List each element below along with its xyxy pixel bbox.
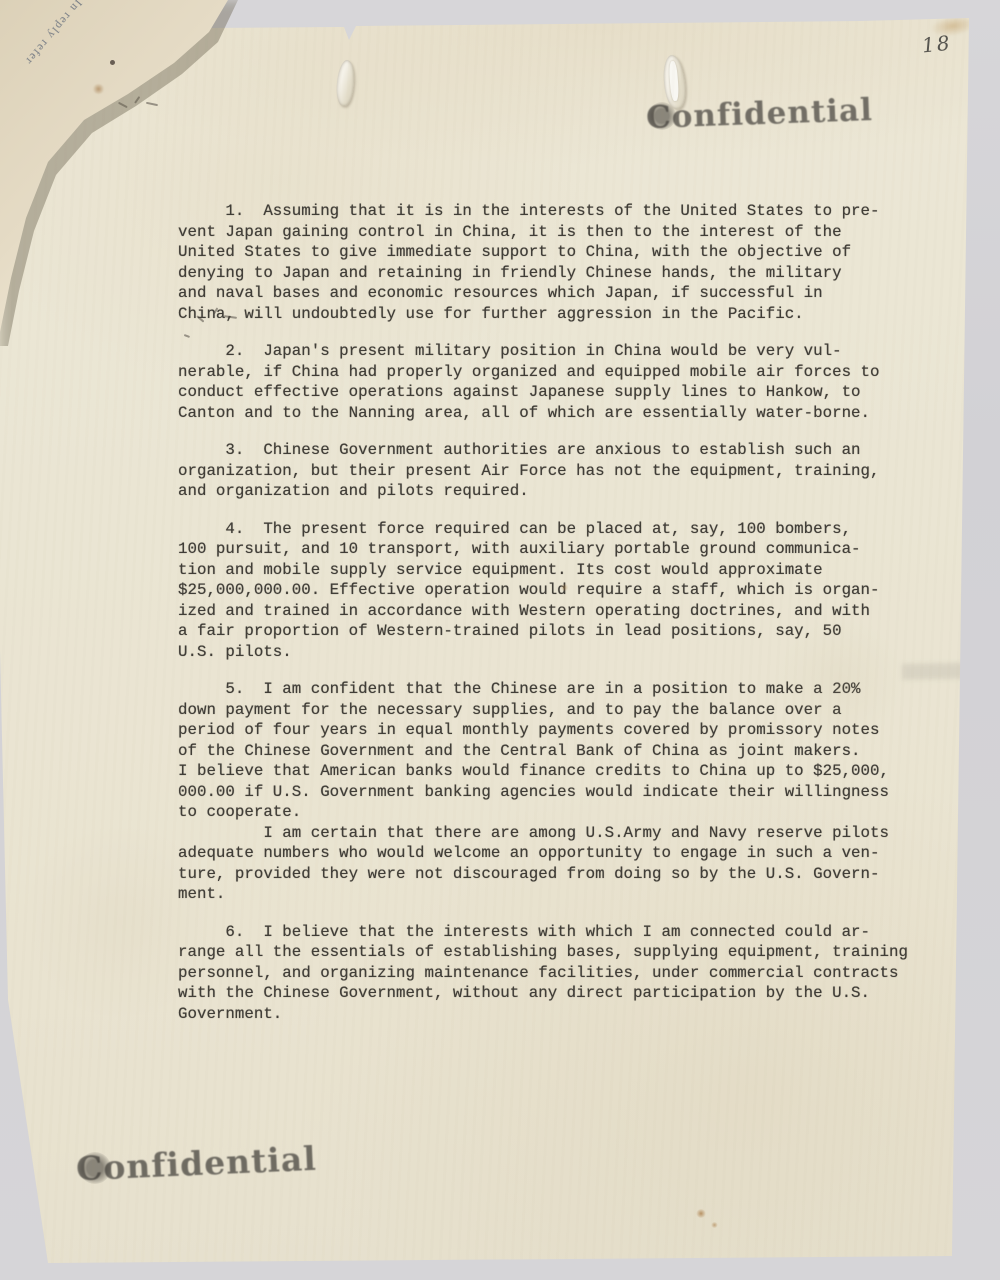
document-page: Confidential 18 1. Assuming that it is i… [0,0,1000,1280]
paragraph-1: 1. Assuming that it is in the interests … [178,201,934,324]
stain [92,84,105,94]
paragraph-4: 4. The present force required can be pla… [178,519,934,663]
stain [696,1209,706,1218]
folded-corner-note: In reply refer [7,0,100,86]
typewritten-text: 1. Assuming that it is in the interests … [178,201,934,1041]
paragraph-2: 2. Japan's present military position in … [178,341,934,423]
confidential-stamp-bottom: Confidential [75,1139,317,1188]
scanned-document: Confidential 18 1. Assuming that it is i… [0,0,1000,1280]
paragraph-5: 5. I am confident that the Chinese are i… [178,679,934,905]
paragraph-6: 6. I believe that the interests with whi… [178,922,934,1025]
fastener-tear-left [334,59,356,107]
pencil-mark [146,102,158,106]
stain [110,60,115,65]
stamp-ink-blot [79,1152,111,1184]
stain [711,1222,718,1228]
paragraph-3: 3. Chinese Government authorities are an… [178,440,934,502]
page-number: 18 [921,31,953,58]
ink-smudge [902,662,998,680]
